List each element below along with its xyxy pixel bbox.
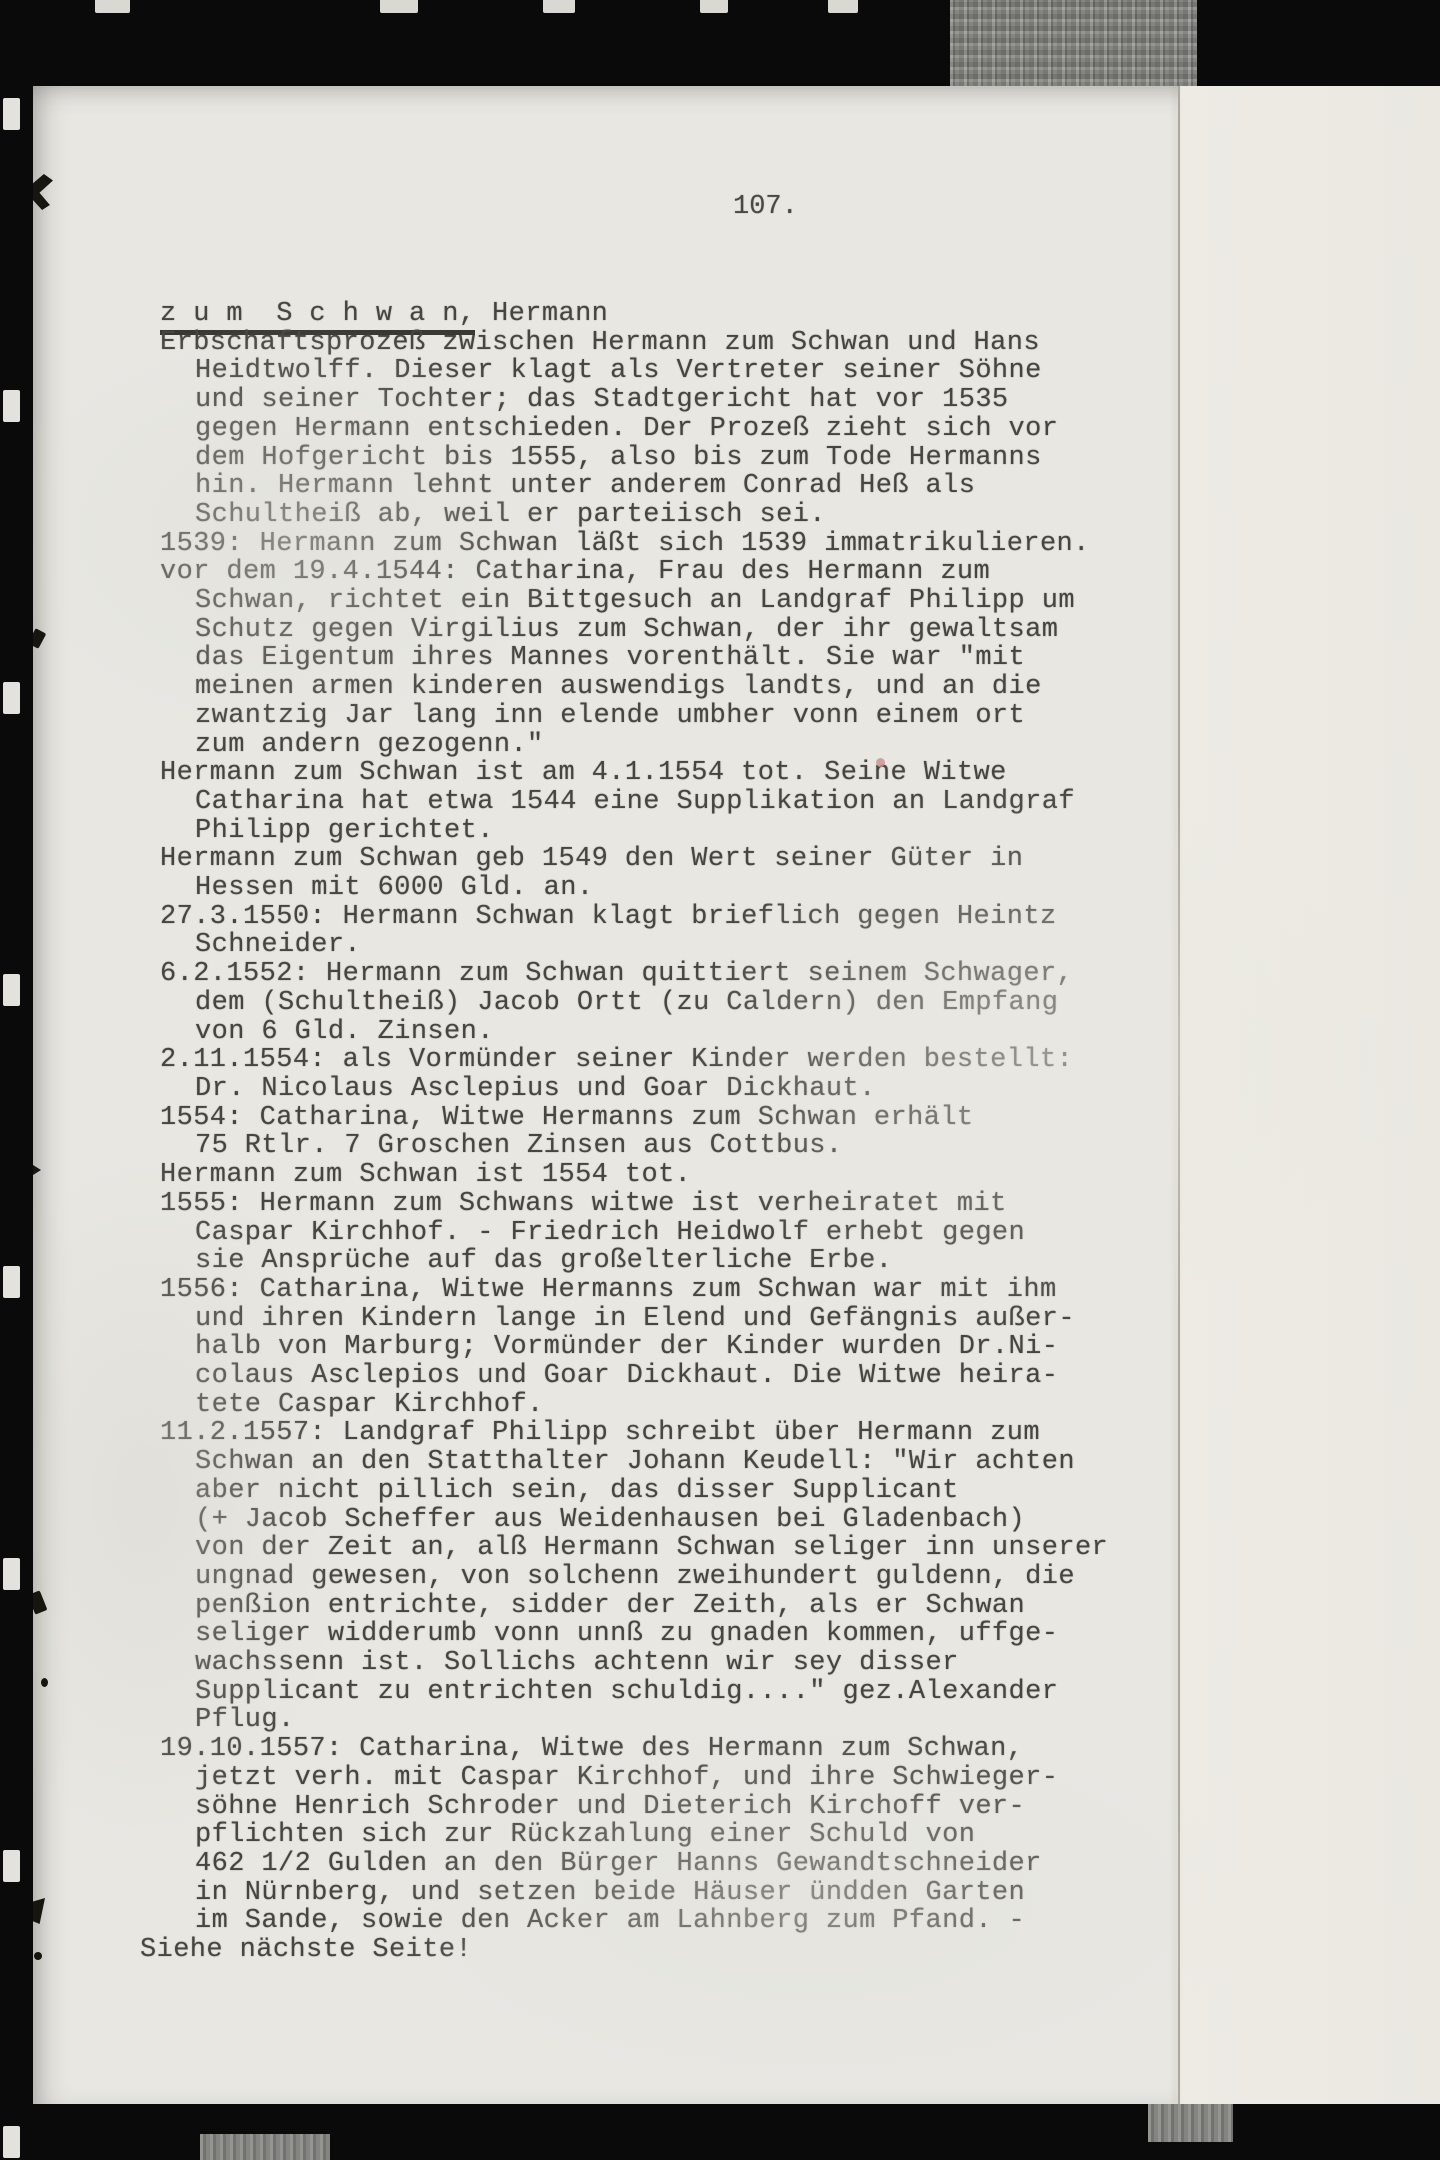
- text-line: dem Hofgericht bis 1555, also bis zum To…: [140, 444, 1170, 473]
- text-line: und ihren Kindern lange in Elend und Gef…: [140, 1305, 1170, 1334]
- text-line: Schutz gegen Virgilius zum Schwan, der i…: [140, 616, 1170, 645]
- text-line: Supplicant zu entrichten schuldig...." g…: [140, 1678, 1170, 1707]
- film-scan: 107. z u m S c h w a n, Hermann Erbschaf…: [0, 0, 1440, 2160]
- text-line: 1554: Catharina, Witwe Hermanns zum Schw…: [140, 1104, 1170, 1133]
- text-line: von der Zeit an, alß Hermann Schwan seli…: [140, 1534, 1170, 1563]
- document-content: z u m S c h w a n, Hermann Erbschaftspro…: [140, 300, 1170, 1965]
- film-edge-tab: [700, 0, 728, 13]
- film-blemish: [0, 905, 24, 959]
- text-line: von 6 Gld. Zinsen.: [140, 1018, 1170, 1047]
- text-line: seliger widderumb vonn unnß zu gnaden ko…: [140, 1620, 1170, 1649]
- text-line: pflichten sich zur Rückzahlung einer Sch…: [140, 1821, 1170, 1850]
- sprocket-hole: [3, 390, 20, 422]
- text-line: hin. Hermann lehnt unter anderem Conrad …: [140, 472, 1170, 501]
- text-line: 11.2.1557: Landgraf Philipp schreibt übe…: [140, 1419, 1170, 1448]
- film-left-border: [0, 0, 33, 2160]
- text-line: Hermann zum Schwan ist am 4.1.1554 tot. …: [140, 759, 1170, 788]
- film-top-border: [0, 0, 1440, 86]
- text-line: colaus Asclepios und Goar Dickhaut. Die …: [140, 1362, 1170, 1391]
- text-line: penßion entrichte, sidder der Zeith, als…: [140, 1592, 1170, 1621]
- text-line: 462 1/2 Gulden an den Bürger Hanns Gewan…: [140, 1850, 1170, 1879]
- text-line: Heidtwolff. Dieser klagt als Vertreter s…: [140, 357, 1170, 386]
- text-line: zum andern gezogenn.": [140, 731, 1170, 760]
- sprocket-hole: [3, 974, 20, 1006]
- film-edge-tab: [828, 0, 858, 13]
- text-line: Schwan an den Statthalter Johann Keudell…: [140, 1448, 1170, 1477]
- text-line: im Sande, sowie den Acker am Lahnberg zu…: [140, 1907, 1170, 1936]
- sprocket-hole: [3, 682, 20, 714]
- film-noise-block: [200, 2134, 330, 2160]
- sprocket-hole: [3, 1266, 20, 1298]
- text-line: das Eigentum ihres Mannes vorenthält. Si…: [140, 644, 1170, 673]
- text-line: Siehe nächste Seite!: [140, 1936, 1170, 1965]
- text-line: vor dem 19.4.1544: Catharina, Frau des H…: [140, 558, 1170, 587]
- text-line: jetzt verh. mit Caspar Kirchhof, und ihr…: [140, 1764, 1170, 1793]
- document-heading: z u m S c h w a n, Hermann: [140, 300, 1170, 329]
- text-line: Hermann zum Schwan geb 1549 den Wert sei…: [140, 845, 1170, 874]
- text-line: 27.3.1550: Hermann Schwan klagt brieflic…: [140, 903, 1170, 932]
- text-line: Hessen mit 6000 Gld. an.: [140, 874, 1170, 903]
- text-line: dem (Schultheiß) Jacob Ortt (zu Caldern)…: [140, 989, 1170, 1018]
- text-line: Catharina hat etwa 1544 eine Supplikatio…: [140, 788, 1170, 817]
- text-line: söhne Henrich Schroder und Dieterich Kir…: [140, 1793, 1170, 1822]
- text-line: Philipp gerichtet.: [140, 817, 1170, 846]
- text-line: ungnad gewesen, von solchenn zweihundert…: [140, 1563, 1170, 1592]
- text-line: Schultheiß ab, weil er parteiisch sei.: [140, 501, 1170, 530]
- text-line: 1556: Catharina, Witwe Hermanns zum Schw…: [140, 1276, 1170, 1305]
- text-line: und seiner Tochter; das Stadtgericht hat…: [140, 386, 1170, 415]
- document-lines: Erbschaftsprozeß zwischen Hermann zum Sc…: [140, 329, 1170, 1965]
- film-edge-tab: [543, 0, 575, 13]
- text-line: Pflug.: [140, 1706, 1170, 1735]
- sprocket-hole: [3, 98, 20, 130]
- red-speck: [876, 758, 885, 767]
- film-edge-tab: [380, 0, 418, 13]
- page-fold-line: [1178, 86, 1180, 2104]
- text-line: Hermann zum Schwan ist 1554 tot.: [140, 1161, 1170, 1190]
- text-line: in Nürnberg, und setzen beide Häuser ünd…: [140, 1879, 1170, 1908]
- text-line: sie Ansprüche auf das großelterliche Erb…: [140, 1247, 1170, 1276]
- film-noise-block: [1148, 2104, 1233, 2142]
- text-line: meinen armen kinderen auswendigs landts,…: [140, 673, 1170, 702]
- text-line: zwantzig Jar lang inn elende umbher vonn…: [140, 702, 1170, 731]
- text-line: Schwan, richtet ein Bittgesuch an Landgr…: [140, 587, 1170, 616]
- text-line: tete Caspar Kirchhof.: [140, 1391, 1170, 1420]
- document-page: 107. z u m S c h w a n, Hermann Erbschaf…: [33, 86, 1440, 2104]
- sprocket-hole: [3, 1850, 20, 1882]
- film-bottom-border: [0, 2104, 1440, 2160]
- sprocket-hole: [3, 2126, 20, 2158]
- film-noise-block: [950, 0, 1197, 86]
- text-line: 6.2.1552: Hermann zum Schwan quittiert s…: [140, 960, 1170, 989]
- text-line: gegen Hermann entschieden. Der Prozeß zi…: [140, 415, 1170, 444]
- text-line: 1539: Hermann zum Schwan läßt sich 1539 …: [140, 530, 1170, 559]
- page-right-of-fold: [1179, 86, 1440, 2104]
- sprocket-hole: [3, 1558, 20, 1590]
- text-line: halb von Marburg; Vormünder der Kinder w…: [140, 1333, 1170, 1362]
- film-edge-tab: [95, 0, 130, 13]
- ink-speck: [34, 1952, 42, 1960]
- text-line: 75 Rtlr. 7 Groschen Zinsen aus Cottbus.: [140, 1132, 1170, 1161]
- text-line: Dr. Nicolaus Asclepius und Goar Dickhaut…: [140, 1075, 1170, 1104]
- text-line: Schneider.: [140, 931, 1170, 960]
- text-line: Caspar Kirchhof. - Friedrich Heidwolf er…: [140, 1219, 1170, 1248]
- text-line: (+ Jacob Scheffer aus Weidenhausen bei G…: [140, 1506, 1170, 1535]
- heading-rest-text: Hermann: [475, 299, 608, 329]
- text-line: aber nicht pillich sein, das disser Supp…: [140, 1477, 1170, 1506]
- text-line: wachssenn ist. Sollichs achtenn wir sey …: [140, 1649, 1170, 1678]
- ink-speck: [41, 1678, 48, 1687]
- page-number: 107.: [733, 192, 798, 222]
- text-line: 1555: Hermann zum Schwans witwe ist verh…: [140, 1190, 1170, 1219]
- text-line: 2.11.1554: als Vormünder seiner Kinder w…: [140, 1046, 1170, 1075]
- text-line: 19.10.1557: Catharina, Witwe des Hermann…: [140, 1735, 1170, 1764]
- text-line: Erbschaftsprozeß zwischen Hermann zum Sc…: [140, 329, 1170, 358]
